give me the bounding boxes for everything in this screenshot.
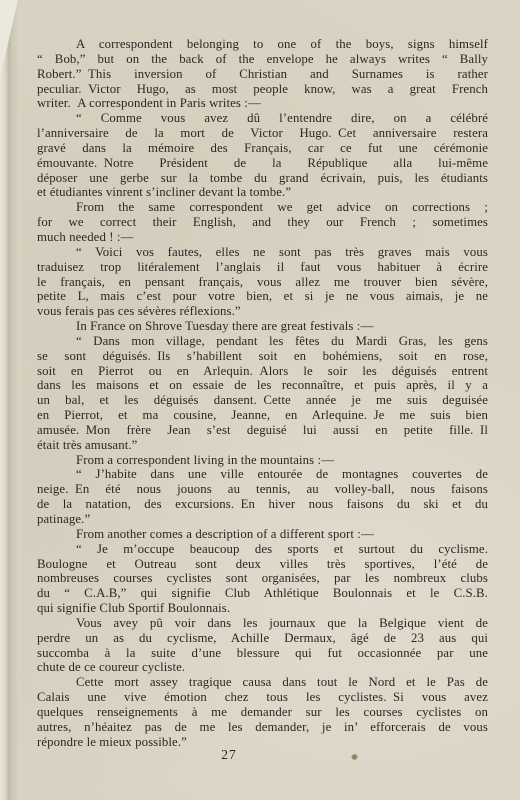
text-line: traduisez trop litéralement l’anglais il…	[37, 260, 488, 275]
text-line: Robert.” This inversion of Christian and…	[37, 67, 488, 82]
text-line: In France on Shrove Tuesday there are gr…	[37, 319, 488, 334]
text-line: “ J’habite dans une ville entourée de mo…	[37, 467, 488, 482]
text-line: Calais une vive émotion chez tous les cy…	[37, 690, 488, 705]
text-line: much needed ! :—	[37, 230, 488, 245]
text-line: for we correct their English, and they o…	[37, 215, 488, 230]
text-line: amusée. Mon frère Jean s’est deguisé lui…	[37, 423, 488, 438]
text-line: et étudiantes vinrent s’incliner devant …	[37, 185, 488, 200]
text-line: chute de ce coureur cycliste.	[37, 660, 488, 675]
text-line: succomba à la suite d’une blessure qui f…	[37, 646, 488, 661]
text-line: gravé dans la mémoire des Français, car …	[37, 141, 488, 156]
text-line: Cette mort assey tragique causa dans tou…	[37, 675, 488, 690]
text-line: le français, en pensant français, vous a…	[37, 275, 488, 290]
text-line: From another comes a description of a di…	[37, 527, 488, 542]
text-line: de la natation, des excursions. En hiver…	[37, 497, 488, 512]
text-line: nombreuses courses cyclistes sont organi…	[37, 571, 488, 586]
text-line: déposer une gerbe sur la tombe du grand …	[37, 171, 488, 186]
book-page-scan: A correspondent belonging to one of the …	[0, 0, 520, 800]
text-line: “ Dans mon village, pendant les fêtes du…	[37, 334, 488, 349]
text-line: patinage.”	[37, 512, 488, 527]
text-line: perdre un as du cyclisme, Achille Dermau…	[37, 631, 488, 646]
text-line: vous ferais pas ces sévères réflexions.”	[37, 304, 488, 319]
text-line: “ Bob,” but on the back of the envelope …	[37, 52, 488, 67]
text-line: A correspondent belonging to one of the …	[37, 37, 488, 52]
text-line: émouvante. Notre Président de la Républi…	[37, 156, 488, 171]
text-line: se sont déguisés. Ils s’habillent soit e…	[37, 349, 488, 364]
text-line: “ Je m’occupe beaucoup des sports et sur…	[37, 542, 488, 557]
text-line: “ Comme vous avez dû l’entendre dire, on…	[37, 111, 488, 126]
text-line: Boulogne et Outreau sont deux villes trè…	[37, 557, 488, 572]
text-line: writer. A correspondent in Paris writes …	[37, 96, 488, 111]
text-line: quelques renseignements à me demander su…	[37, 705, 488, 720]
text-line: du “ C.A.B,” qui signifie Club Athlétiqu…	[37, 586, 488, 601]
text-line: peculiar. Victor Hugo, as most people kn…	[37, 82, 488, 97]
text-line: “ Voici vos fautes, elles ne sont pas tr…	[37, 245, 488, 260]
text-line: soit en Pierrot ou en Arlequin. Alors le…	[37, 364, 488, 379]
text-line: autres, n’héaitez pas de me les demander…	[37, 720, 488, 735]
text-line: From the same correspondent we get advic…	[37, 200, 488, 215]
text-line: petite L, mais c’est pour votre bien, et…	[37, 289, 488, 304]
page-edge-shadow	[0, 0, 20, 800]
text-line: qui signifie Club Sportif Boulonnais.	[37, 601, 488, 616]
text-line: dans les maisons et on essaie de les rec…	[37, 378, 488, 393]
foxing-spot	[351, 754, 358, 760]
page-text: A correspondent belonging to one of the …	[37, 37, 488, 750]
text-line: Vous avey pû voir dans les journaux que …	[37, 616, 488, 631]
text-line: neige. En été nous jouons au tennis, au …	[37, 482, 488, 497]
text-line: était très amusant.”	[37, 438, 488, 453]
page-number: 27	[0, 747, 458, 763]
text-line: From a correspondent living in the mount…	[37, 453, 488, 468]
text-line: en Pierrot, et ma cousine, Jeanne, en Ar…	[37, 408, 488, 423]
text-line: un bal, et les déguisés dansent. Cette a…	[37, 393, 488, 408]
text-line: l’anniversaire de la mort de Victor Hugo…	[37, 126, 488, 141]
